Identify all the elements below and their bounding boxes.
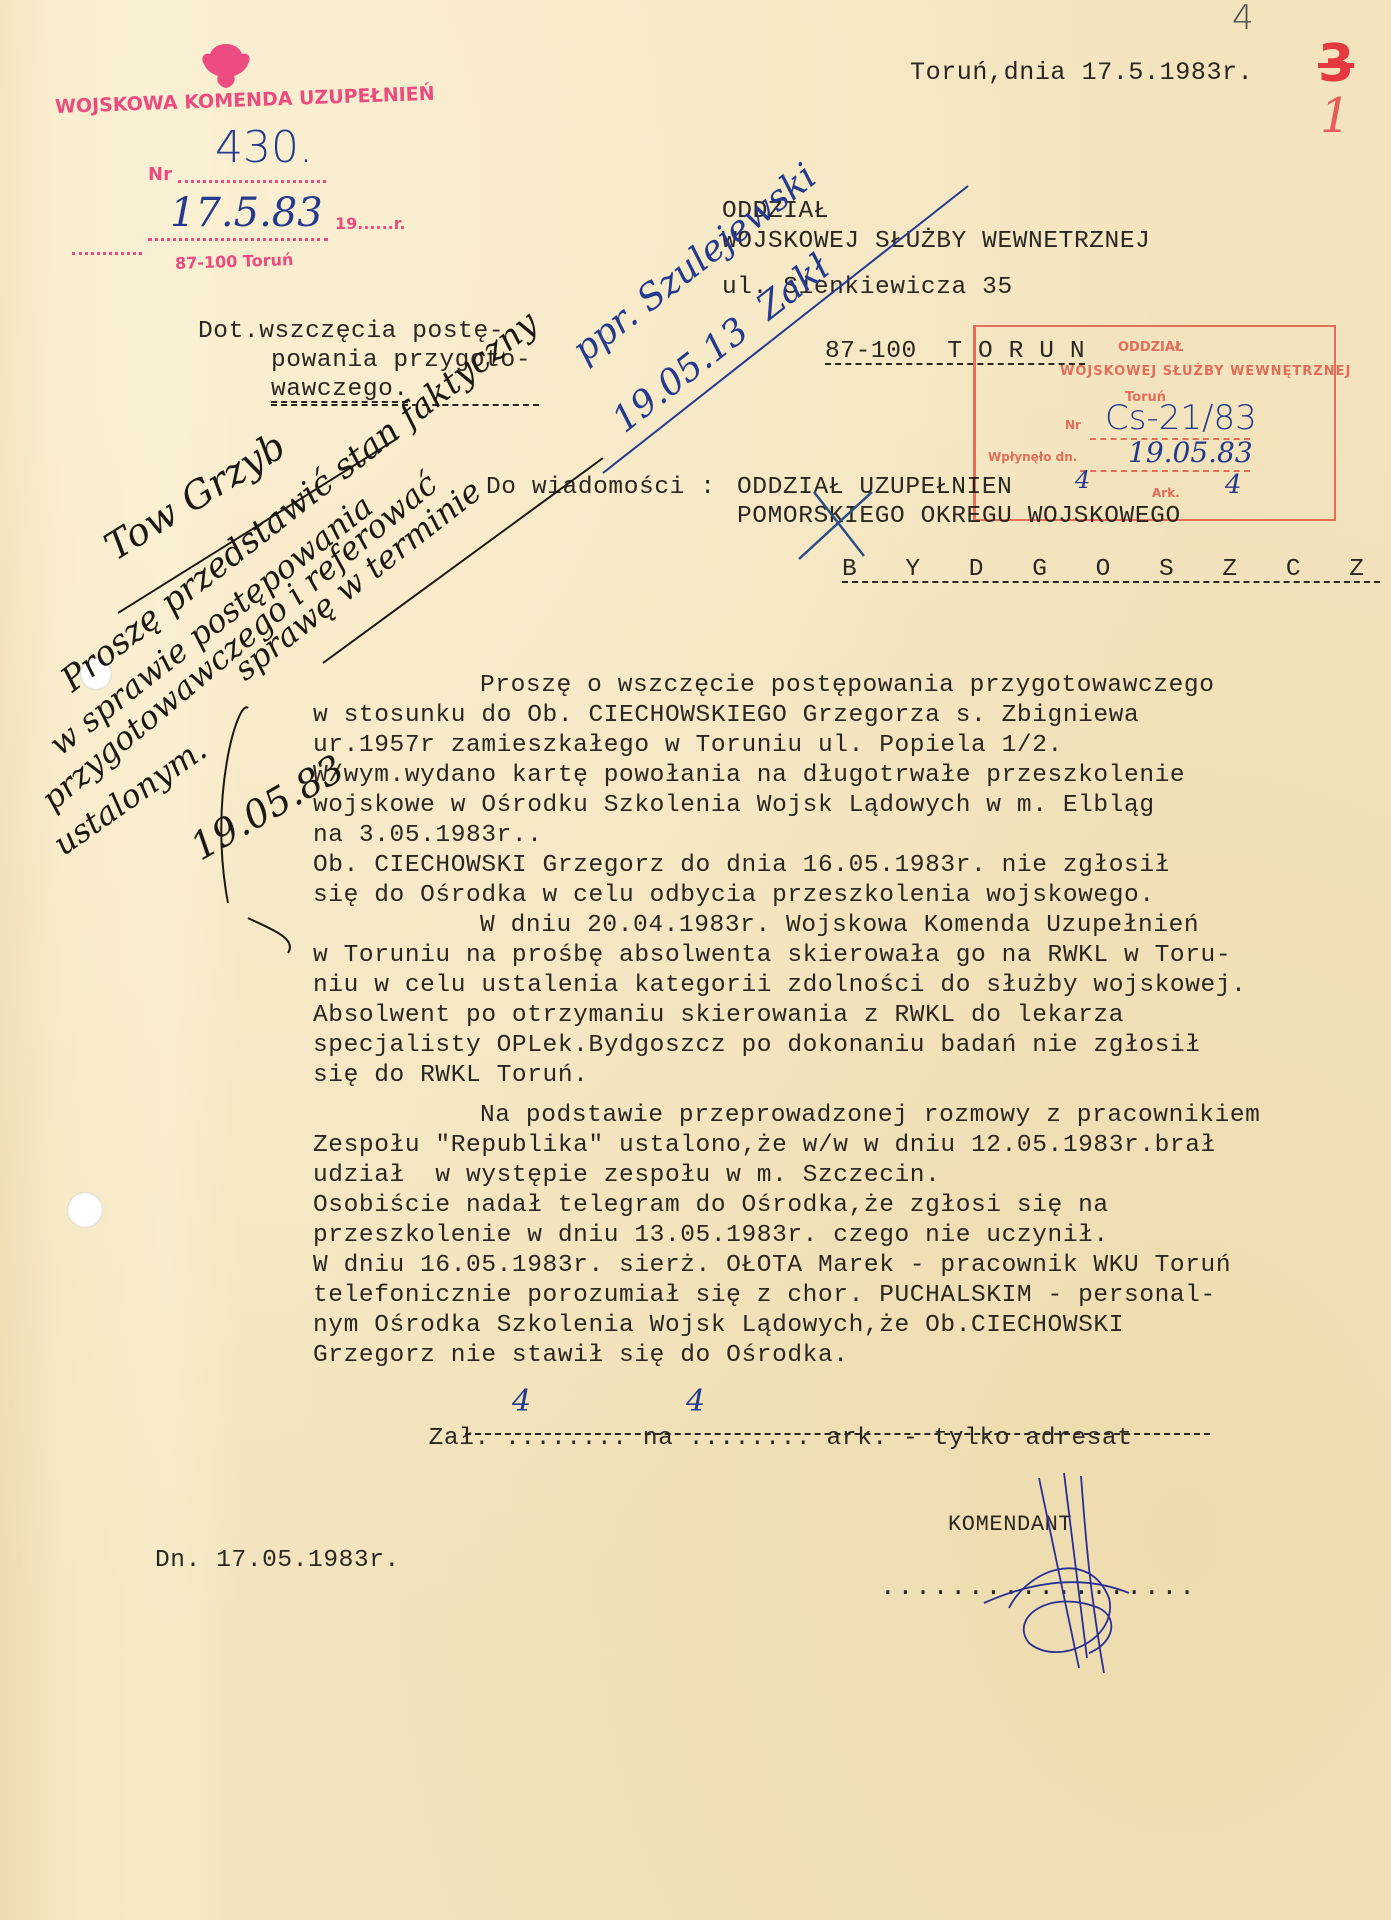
attachments-sheets-value: 4 xyxy=(686,1384,705,1419)
stamp-box-ark-label: Ark. xyxy=(1152,486,1180,500)
body-line: Na podstawie przeprowadzonej rozmowy z p… xyxy=(480,1102,1260,1129)
punch-hole-bottom xyxy=(67,1192,103,1228)
stamp-date-line xyxy=(148,238,328,241)
attachments-count-value: 4 xyxy=(512,1384,531,1419)
body-line: przeszkolenie w dniu 13.05.1983r. czego … xyxy=(313,1222,1109,1249)
body-line: specjalisty OPLek.Bydgoszcz po dokonaniu… xyxy=(313,1032,1201,1059)
attachments-mid: na xyxy=(628,1425,689,1452)
subject-line1: Dot.wszczęcia postę- xyxy=(198,318,504,345)
stamp-box-line1: ODDZIAŁ xyxy=(1118,340,1183,355)
cc-city: B Y D G O S Z C Z xyxy=(842,556,1381,583)
stamp-box-ark-left: 4 xyxy=(1075,466,1090,494)
body-line: udział w występie zespołu w m. Szczecin. xyxy=(313,1162,940,1189)
stamp-nr-label: Nr xyxy=(148,164,172,185)
body-line: się do RWKL Toruń. xyxy=(313,1062,588,1089)
place-date: Toruń,dnia 17.5.1983r. xyxy=(910,58,1253,87)
stamp-box-received-value: 19.05.83 xyxy=(1128,436,1253,469)
stamp-box-received-label: Wpłynęło dn. xyxy=(988,450,1077,464)
stamp-postal: 87-100 Toruń xyxy=(175,250,294,273)
eagle-emblem-icon xyxy=(198,42,254,90)
body-line: Zespołu "Republika" ustalono,że w/w w dn… xyxy=(313,1132,1216,1159)
page-number-pencil: 4 xyxy=(1232,0,1254,38)
stamp-date-line-left xyxy=(72,252,142,255)
stamp-year-field: 19......r. xyxy=(335,214,405,233)
attachments-count-dots: ........ xyxy=(505,1425,627,1452)
body-line: nym Ośrodka Szkolenia Wojsk Lądowych,że … xyxy=(313,1312,1124,1339)
stamp-box-ark-right: 4 xyxy=(1225,470,1242,500)
stamp-nr-value: 430. xyxy=(215,122,313,173)
attachments-line: Zał. ........ na ........ ark. - tylko a… xyxy=(398,1398,1133,1452)
page-number-red: 1 xyxy=(1320,88,1351,144)
stamp-date-value: 17.5.83 xyxy=(170,190,323,236)
body-line: Osobiście nadał telegram do Ośrodka,że z… xyxy=(313,1192,1109,1219)
signature-scribble-icon xyxy=(950,1450,1140,1660)
stamp-box-line2: WOJSKOWEJ SŁUŻBY WEWNĘTRZNEJ xyxy=(1060,364,1351,379)
stamp-box-nr-value: Cs-21/83 xyxy=(1105,398,1257,438)
body-line: Absolwent po otrzymaniu skierowania z RW… xyxy=(313,1002,1124,1029)
body-line: Grzegorz nie stawił się do Ośrodka. xyxy=(313,1342,849,1369)
stamp-box-nr-label: Nr xyxy=(1065,418,1081,432)
body-line: telefonicznie porozumiał się z chor. PUC… xyxy=(313,1282,1216,1309)
page-number-red-crossed: 3 xyxy=(1318,34,1354,94)
attachments-suffix: ark. - tylko adresat xyxy=(811,1425,1132,1452)
attachments-underline xyxy=(465,1433,1210,1435)
stamp-nr-line xyxy=(178,180,326,183)
body-line: niu w celu ustalenia kategorii zdolności… xyxy=(313,972,1246,999)
body-line: W dniu 16.05.1983r. sierż. OŁOTA Marek -… xyxy=(313,1252,1231,1279)
footer-date: Dn. 17.05.1983r. xyxy=(155,1547,400,1574)
attachments-prefix: Zał. xyxy=(429,1425,506,1452)
attachments-sheets-dots: ........ xyxy=(689,1425,811,1452)
